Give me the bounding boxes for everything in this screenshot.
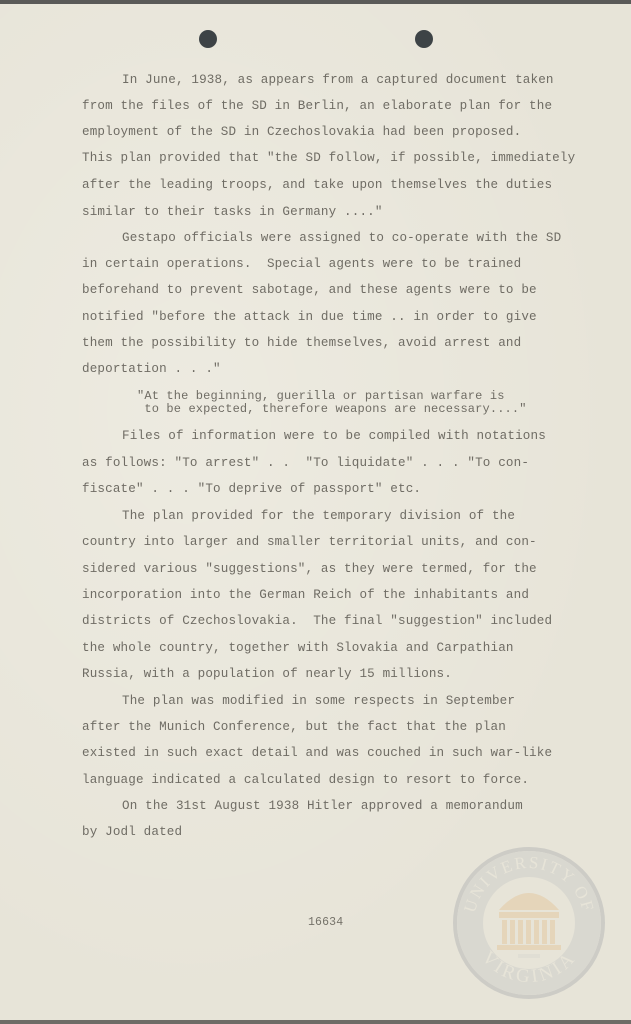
text-line: language indicated a calculated design t… bbox=[82, 773, 529, 787]
text-line: after the leading troops, and take upon … bbox=[82, 178, 552, 192]
text-line: On the 31st August 1938 Hitler approved … bbox=[122, 799, 523, 813]
text-line: In June, 1938, as appears from a capture… bbox=[122, 73, 554, 87]
text-line: Russia, with a population of nearly 15 m… bbox=[82, 667, 452, 681]
text-line: fiscate" . . . "To deprive of passport" … bbox=[82, 482, 421, 496]
text-line: beforehand to prevent sabotage, and thes… bbox=[82, 283, 537, 297]
text-line: Files of information were to be compiled… bbox=[122, 429, 546, 443]
text-line: sidered various "suggestions", as they w… bbox=[82, 562, 537, 576]
text-line: employment of the SD in Czechoslovakia h… bbox=[82, 125, 521, 139]
text-line: from the files of the SD in Berlin, an e… bbox=[82, 99, 552, 113]
text-line: deportation . . ." bbox=[82, 362, 221, 376]
rotunda-icon bbox=[497, 893, 561, 958]
scan-bottom-edge bbox=[0, 1020, 631, 1024]
text-line: existed in such exact detail and was cou… bbox=[82, 746, 552, 760]
text-line: similar to their tasks in Germany ...." bbox=[82, 205, 383, 219]
text-line: districts of Czechoslovakia. The final "… bbox=[82, 614, 552, 628]
punch-hole-right bbox=[415, 30, 433, 48]
punch-hole-left bbox=[199, 30, 217, 48]
quote-line: to be expected, therefore weapons are ne… bbox=[137, 403, 527, 416]
text-line: them the possibility to hide themselves,… bbox=[82, 336, 521, 350]
text-line: by Jodl dated bbox=[82, 825, 182, 839]
text-line: incorporation into the German Reich of t… bbox=[82, 588, 529, 602]
page-number: 16634 bbox=[308, 916, 343, 930]
text-line: The plan was modified in some respects i… bbox=[122, 694, 515, 708]
text-line: as follows: "To arrest" . . "To liquidat… bbox=[82, 456, 529, 470]
university-of-virginia-seal-watermark: UNIVERSITY OF VIRGINIA bbox=[452, 846, 606, 1000]
text-line: This plan provided that "the SD follow, … bbox=[82, 151, 575, 165]
text-line: in certain operations. Special agents we… bbox=[82, 257, 521, 271]
text-line: after the Munich Conference, but the fac… bbox=[82, 720, 506, 734]
text-line: The plan provided for the temporary divi… bbox=[122, 509, 515, 523]
text-line: Gestapo officials were assigned to co-op… bbox=[122, 231, 561, 245]
text-line: notified "before the attack in due time … bbox=[82, 310, 537, 324]
text-line: the whole country, together with Slovaki… bbox=[82, 641, 514, 655]
text-line: country into larger and smaller territor… bbox=[82, 535, 537, 549]
